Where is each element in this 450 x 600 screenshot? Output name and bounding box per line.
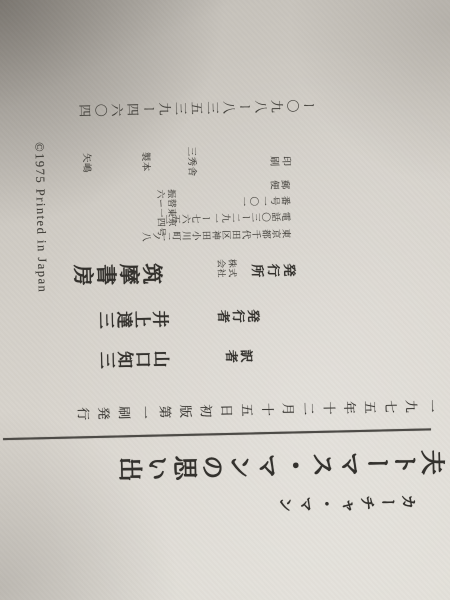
publisher-name: 筑摩書房 xyxy=(71,257,164,289)
company-type-line2: 会社 xyxy=(216,259,227,278)
book-title: 夫トーマス・マンの思い出 xyxy=(115,441,446,484)
separator-rule xyxy=(3,428,431,439)
postal-label: 郵便 xyxy=(269,175,290,189)
publisher-address: 東京都千代田区神田小川町二ノ八 xyxy=(141,224,291,241)
printing-label: 印刷 xyxy=(268,151,292,167)
book-author: カーチャ・マン xyxy=(273,489,417,514)
translator-name: 山口知三 xyxy=(98,344,171,371)
binding-company: 矢嶋 xyxy=(79,153,91,173)
company-type-line1: 株式 xyxy=(226,259,237,278)
book-colophon-photo: ー〇九八ー八三五三九ー四六〇四 印刷 三秀舎 製本 矢嶋 郵便 番号一〇一 電話… xyxy=(0,0,450,600)
printing-company: 三秀舎 xyxy=(184,147,196,177)
publisher-label: 発行所 xyxy=(248,259,296,279)
issuer-label: 発行者 xyxy=(215,305,260,325)
postal-code: 番号一〇一 xyxy=(238,191,291,206)
copyright-line: ©1975 Printed in Japan xyxy=(31,142,49,293)
colophon-page: ー〇九八ー八三五三九ー四六〇四 印刷 三秀舎 製本 矢嶋 郵便 番号一〇一 電話… xyxy=(0,0,450,600)
edition-date: 一九七五年十二月十五日初版第一刷発行 xyxy=(69,395,438,422)
phone-number: 電話〇三ー二九一ー七六五一 xyxy=(161,207,291,224)
binding-label: 製本 xyxy=(138,152,150,172)
issuer-name: 井上達三 xyxy=(97,304,170,331)
company-type: 株式 会社 xyxy=(216,259,238,278)
translator-label: 訳者 xyxy=(223,345,253,365)
book-code: ー〇九八ー八三五三九ー四六〇四 xyxy=(75,95,315,119)
